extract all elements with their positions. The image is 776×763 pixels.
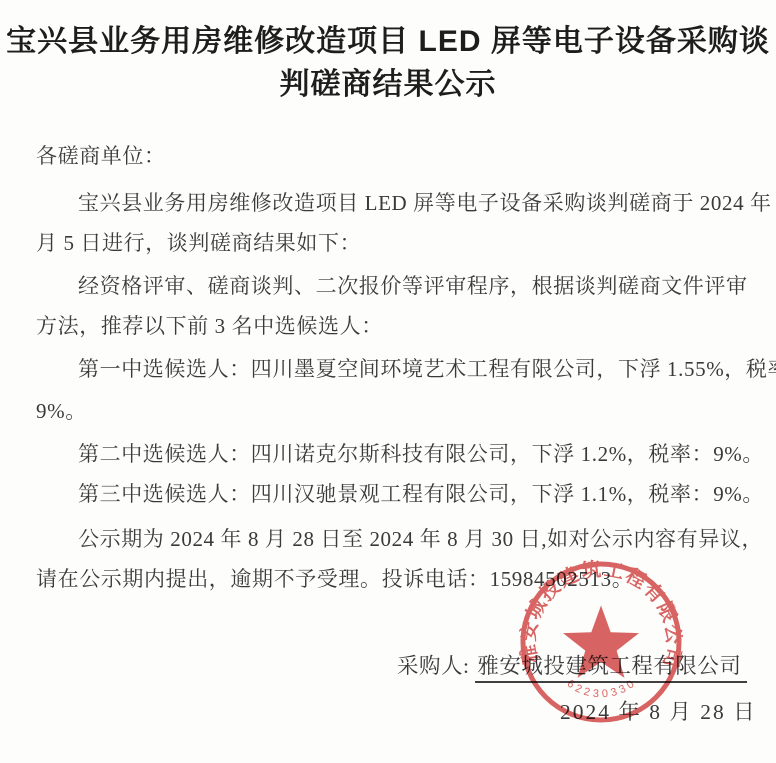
purchaser-label: 采购人: [397,654,475,678]
body-line: 第二中选候选人：四川诺克尔斯科技有限公司，下浮 1.2%，税率：9%。 [36,441,776,467]
signature-date: 2024 年 8 月 28 日 [560,695,757,726]
page-title: 宝兴县业务用房维修改造项目 LED 屏等电子设备采购谈 判磋商结果公示 [0,20,776,106]
body-line: 第三中选候选人：四川汉驰景观工程有限公司，下浮 1.1%，税率：9%。 [36,481,776,507]
page-title-line1: 宝兴县业务用房维修改造项目 LED 屏等电子设备采购谈 [0,20,776,63]
body-line: 月 5 日进行，谈判磋商结果如下： [36,230,748,256]
scanned-announcement-page: 宝兴县业务用房维修改造项目 LED 屏等电子设备采购谈 判磋商结果公示 各磋商单… [0,0,776,763]
purchaser-signature-line: 采购人: 雅安城投建筑工程有限公司 [397,649,747,680]
salutation: 各磋商单位： [36,143,748,169]
body-line: 宝兴县业务用房维修改造项目 LED 屏等电子设备采购谈判磋商于 2024 年 8 [36,190,776,216]
body-line: 经资格评审、磋商谈判、二次报价等评审程序，根据谈判磋商文件评审 [36,273,776,299]
body-line: 公示期为 2024 年 8 月 28 日至 2024 年 8 月 30 日,如对… [36,526,776,552]
body-line: 第一中选候选人：四川墨夏空间环境艺术工程有限公司，下浮 1.55%，税率： [36,356,776,382]
body-line: 9%。 [36,398,748,424]
body-line: 方法，推荐以下前 3 名中选候选人： [36,313,748,339]
body-line: 请在公示期内提出，逾期不予受理。投诉电话：15984502513。 [36,566,748,592]
purchaser-company-name: 雅安城投建筑工程有限公司 [475,654,747,683]
page-title-line2: 判磋商结果公示 [0,63,776,106]
